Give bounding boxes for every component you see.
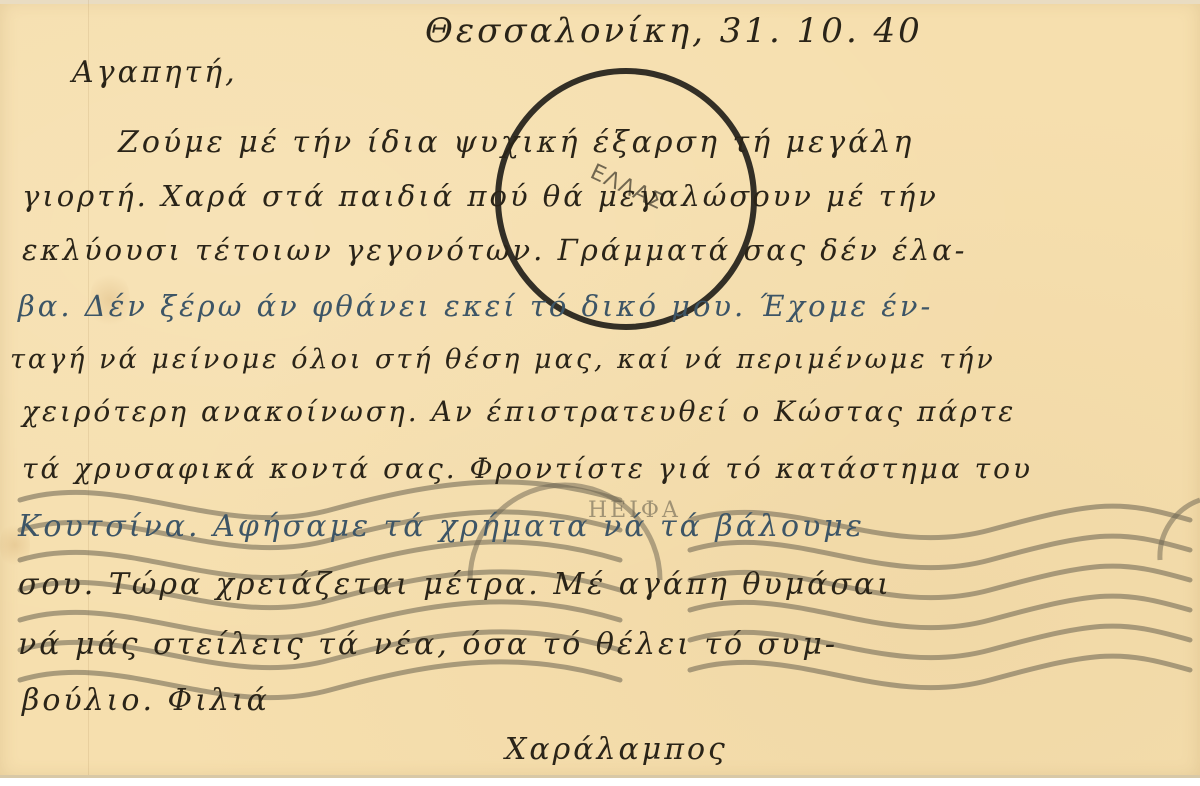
postcard: ΗΕΙΦΑ ΕΛΛΑΣ Θεσσαλονίκη, 31. 10. 40 Αγαπ… <box>0 0 1200 778</box>
salutation: Αγαπητή, <box>72 58 238 88</box>
signature: Χαράλαμπος <box>505 735 728 765</box>
body-line: εκλύουσι τέτοιων γεγονότων. Γράμματά σας… <box>22 236 967 265</box>
body-line: Κουτσίνα. Αφήσαμε τά χρήματα νά τά βάλου… <box>18 512 865 542</box>
card-edge <box>0 775 1200 778</box>
body-line: νά μάς στείλεις τά νέα, όσα τό θέλει τό … <box>18 630 838 660</box>
body-line: σου. Τώρα χρειάζεται μέτρα. Μέ αγάπη θυμ… <box>18 570 892 600</box>
body-line: βα. Δέν ξέρω άν φθάνει εκεί τό δικό μου.… <box>18 292 933 321</box>
body-line: γιορτή. Χαρά στά παιδιά πού θά μεγαλώσου… <box>22 182 939 211</box>
body-line: ταγή νά μείνομε όλοι στή θέση μας, καί ν… <box>10 346 996 373</box>
place-date: Θεσσαλονίκη, 31. 10. 40 <box>425 14 923 48</box>
body-line: βούλιο. Φιλιά <box>22 686 270 716</box>
body-line: Ζούμε μέ τήν ίδια ψυχική έξαρση τή μεγάλ… <box>118 128 914 158</box>
body-line: τά χρυσαφικά κοντά σας. Φροντίστε γιά τό… <box>22 455 1033 483</box>
body-line: χειρότερη ανακοίνωση. Αν έπιστρατευθεί ο… <box>22 398 1016 426</box>
